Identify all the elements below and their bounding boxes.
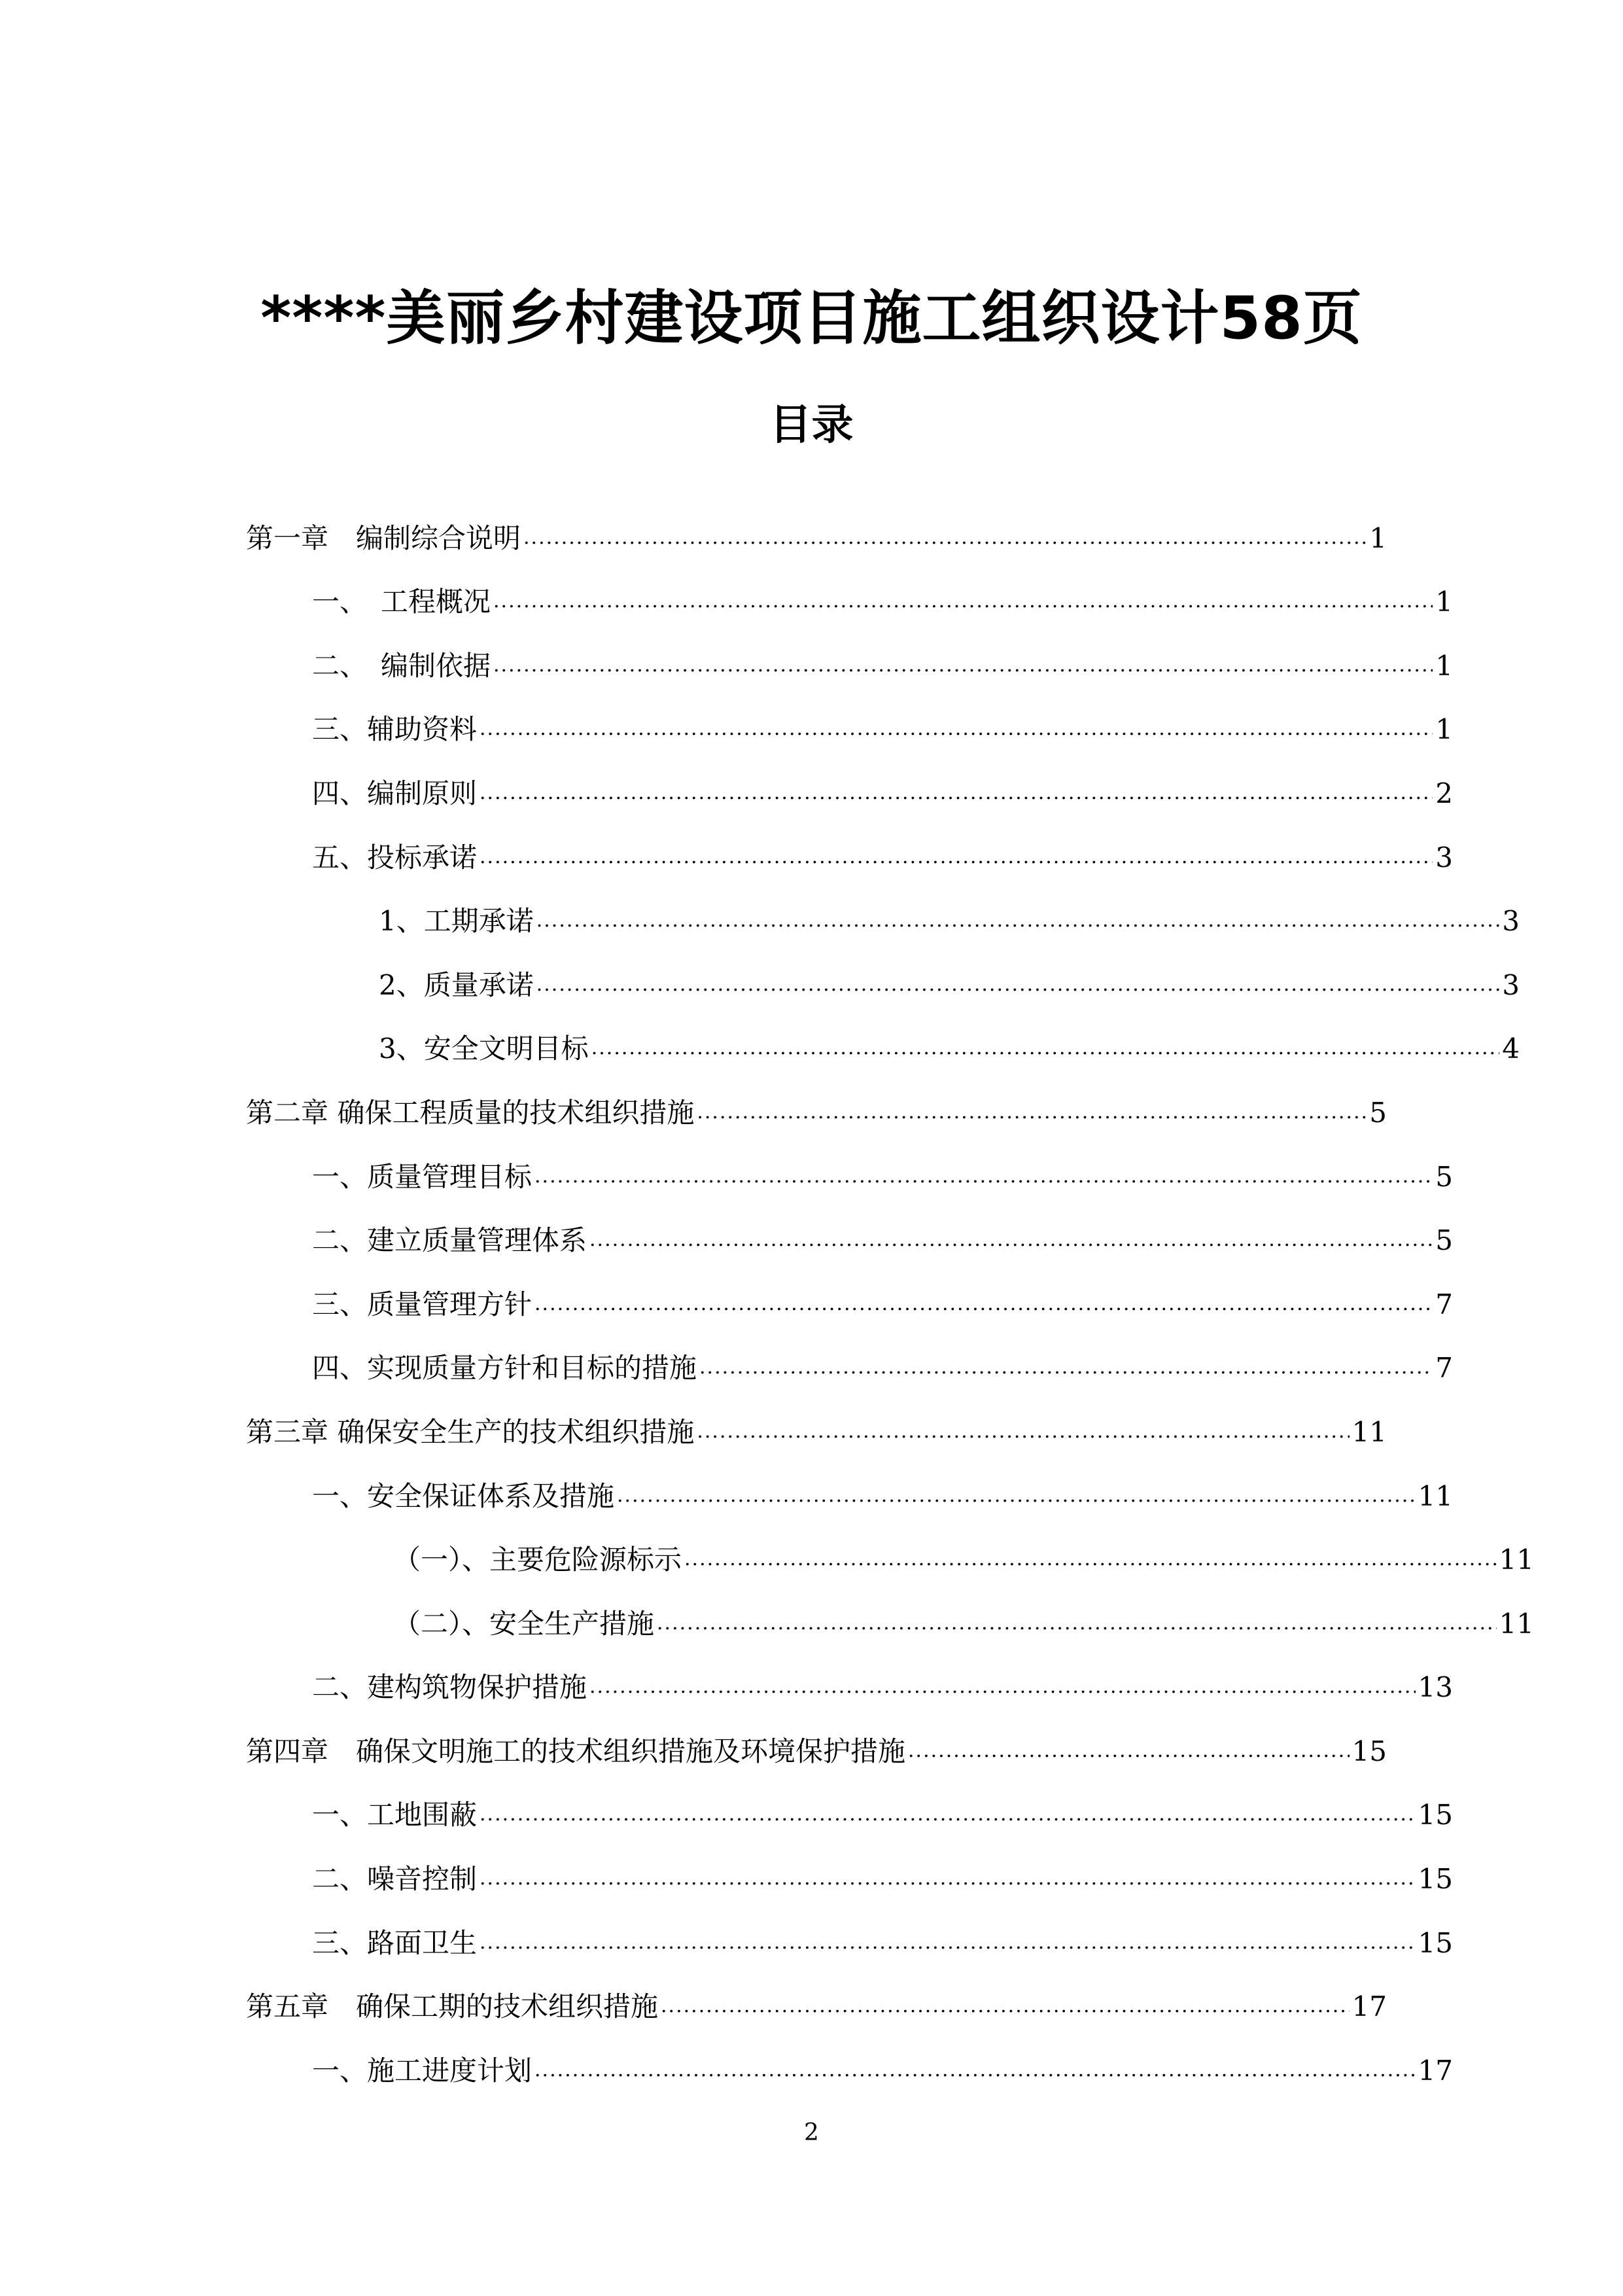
toc-entry-chapter-2[interactable]: 第二章 确保工程质量的技术组织措施5	[246, 1077, 1387, 1141]
toc-entry-label: 第五章 确保工期的技术组织措施	[246, 1987, 658, 2026]
dot-leader	[534, 1154, 1433, 1196]
toc-entry-label: （二）、安全生产措施	[393, 1604, 654, 1644]
toc-entry-page: 1	[1435, 710, 1453, 749]
toc-entry-page: 13	[1418, 1668, 1453, 1707]
toc-entry-label: 一、施工进度计划	[312, 2051, 532, 2091]
toc-entry-page: 15	[1418, 1860, 1453, 1899]
toc-entry-label: 三、质量管理方针	[312, 1285, 532, 1324]
toc-entry-label: 四、编制原则	[312, 774, 477, 813]
toc-entry-label: 四、实现质量方针和目标的措施	[312, 1349, 697, 1388]
toc-entry-label: 第三章 确保安全生产的技术组织措施	[246, 1413, 694, 1452]
document-title: ****美丽乡村建设项目施工组织设计58页	[0, 283, 1623, 355]
dot-leader	[589, 1664, 1416, 1706]
toc-entry[interactable]: 三、质量管理方针7	[246, 1269, 1387, 1333]
toc-entry[interactable]: （一）、主要危险源标示11	[246, 1525, 1387, 1589]
dot-leader	[523, 515, 1367, 557]
dot-leader	[480, 834, 1433, 877]
toc-entry[interactable]: 一、 工程概况1	[246, 567, 1387, 631]
toc-entry[interactable]: （二）、安全生产措施11	[246, 1588, 1387, 1652]
dot-leader	[684, 1536, 1497, 1579]
toc-entry[interactable]: 三、辅助资料1	[246, 694, 1387, 758]
dot-leader	[617, 1473, 1416, 1515]
toc-entry[interactable]: 二、建立质量管理体系5	[246, 1205, 1387, 1269]
toc-entry[interactable]: 2、质量承诺3	[246, 949, 1387, 1014]
dot-leader	[536, 962, 1500, 1004]
toc-entry-page: 5	[1369, 1093, 1387, 1133]
toc-entry[interactable]: 四、编制原则2	[246, 758, 1387, 822]
dot-leader	[536, 898, 1500, 940]
toc-entry[interactable]: 三、路面卫生15	[246, 1907, 1387, 1971]
toc-entry[interactable]: 二、建构筑物保护措施13	[246, 1652, 1387, 1716]
dot-leader	[591, 1025, 1500, 1068]
toc-entry-label: 一、质量管理目标	[312, 1157, 532, 1197]
toc-entry-label: 1、工期承诺	[379, 902, 534, 941]
toc-entry-page: 11	[1352, 1413, 1387, 1452]
dot-leader	[480, 770, 1433, 813]
toc-entry[interactable]: 四、实现质量方针和目标的措施7	[246, 1333, 1387, 1397]
toc-entry-chapter-1[interactable]: 第一章 编制综合说明1	[246, 503, 1387, 567]
dot-leader	[697, 1089, 1367, 1132]
toc-entry-page: 3	[1502, 902, 1520, 941]
toc-entry[interactable]: 1、工期承诺3	[246, 886, 1387, 950]
toc-entry-label: 第四章 确保文明施工的技术组织措施及环境保护措施	[246, 1732, 905, 1771]
dot-leader	[480, 1856, 1416, 1898]
toc-entry-label: 二、建立质量管理体系	[312, 1221, 587, 1260]
toc-entry-page: 1	[1435, 582, 1453, 622]
toc-entry-page: 11	[1499, 1540, 1534, 1580]
dot-leader	[480, 1792, 1416, 1834]
toc-entry-chapter-5[interactable]: 第五章 确保工期的技术组织措施17	[246, 1971, 1387, 2036]
toc-entry-label: 三、辅助资料	[312, 710, 477, 749]
toc-entry-page: 3	[1502, 966, 1520, 1005]
toc-entry-label: 三、路面卫生	[312, 1924, 477, 1963]
toc-entry[interactable]: 一、工地围蔽15	[246, 1780, 1387, 1844]
toc-entry[interactable]: 一、施工进度计划17	[246, 2035, 1387, 2099]
dot-leader	[493, 578, 1433, 621]
toc-entry-label: 第二章 确保工程质量的技术组织措施	[246, 1093, 694, 1133]
toc-entry-page: 15	[1418, 1795, 1453, 1835]
toc-entry-chapter-4[interactable]: 第四章 确保文明施工的技术组织措施及环境保护措施15	[246, 1716, 1387, 1780]
toc-entry[interactable]: 二、噪音控制15	[246, 1843, 1387, 1907]
dot-leader	[534, 2047, 1416, 2090]
toc-entry-page: 15	[1418, 1924, 1453, 1963]
toc-entry-label: 一、安全保证体系及措施	[312, 1477, 614, 1516]
toc-entry-page: 17	[1418, 2051, 1453, 2091]
dot-leader	[908, 1728, 1350, 1771]
toc-entry-label: 二、噪音控制	[312, 1860, 477, 1899]
dot-leader	[534, 1281, 1433, 1324]
toc-entry-label: 第一章 编制综合说明	[246, 519, 521, 558]
dot-leader	[657, 1600, 1497, 1643]
toc-entry[interactable]: 二、 编制依据1	[246, 630, 1387, 694]
toc-entry-label: 二、 编制依据	[312, 646, 491, 686]
dot-leader	[480, 706, 1433, 749]
toc-entry-label: （一）、主要危险源标示	[393, 1540, 682, 1580]
toc-entry-page: 7	[1435, 1285, 1453, 1324]
toc-entry-page: 1	[1435, 646, 1453, 686]
toc-entry-page: 17	[1352, 1987, 1387, 2026]
toc-entry-page: 11	[1418, 1477, 1453, 1516]
table-of-contents: 第一章 编制综合说明1 一、 工程概况1 二、 编制依据1 三、辅助资料1 四、…	[246, 503, 1387, 2099]
toc-entry-page: 1	[1369, 519, 1387, 558]
page-number: 2	[0, 2117, 1623, 2149]
toc-entry-label: 二、建构筑物保护措施	[312, 1668, 587, 1707]
dot-leader	[589, 1217, 1433, 1260]
dot-leader	[661, 1983, 1350, 2026]
toc-entry-page: 4	[1502, 1029, 1520, 1069]
toc-entry-page: 15	[1352, 1732, 1387, 1771]
toc-entry[interactable]: 3、安全文明目标4	[246, 1014, 1387, 1078]
toc-entry-label: 2、质量承诺	[379, 966, 534, 1005]
toc-entry-label: 3、安全文明目标	[379, 1029, 589, 1069]
dot-leader	[480, 1920, 1416, 1962]
toc-entry-page: 2	[1435, 774, 1453, 813]
toc-entry-page: 3	[1435, 838, 1453, 877]
dot-leader	[697, 1409, 1349, 1451]
toc-entry[interactable]: 一、安全保证体系及措施11	[246, 1460, 1387, 1525]
toc-entry-label: 一、工地围蔽	[312, 1795, 477, 1835]
toc-entry-label: 一、 工程概况	[312, 582, 491, 622]
toc-entry-page: 11	[1499, 1604, 1534, 1644]
toc-entry[interactable]: 一、质量管理目标5	[246, 1141, 1387, 1205]
toc-entry-page: 5	[1435, 1157, 1453, 1197]
toc-entry-page: 5	[1435, 1221, 1453, 1260]
dot-leader	[699, 1345, 1433, 1387]
toc-entry-chapter-3[interactable]: 第三章 确保安全生产的技术组织措施11	[246, 1396, 1387, 1460]
toc-entry-label: 五、投标承诺	[312, 838, 477, 877]
toc-heading: 目录	[0, 399, 1623, 451]
dot-leader	[493, 643, 1433, 685]
toc-entry[interactable]: 五、投标承诺3	[246, 822, 1387, 886]
toc-entry-page: 7	[1435, 1349, 1453, 1388]
